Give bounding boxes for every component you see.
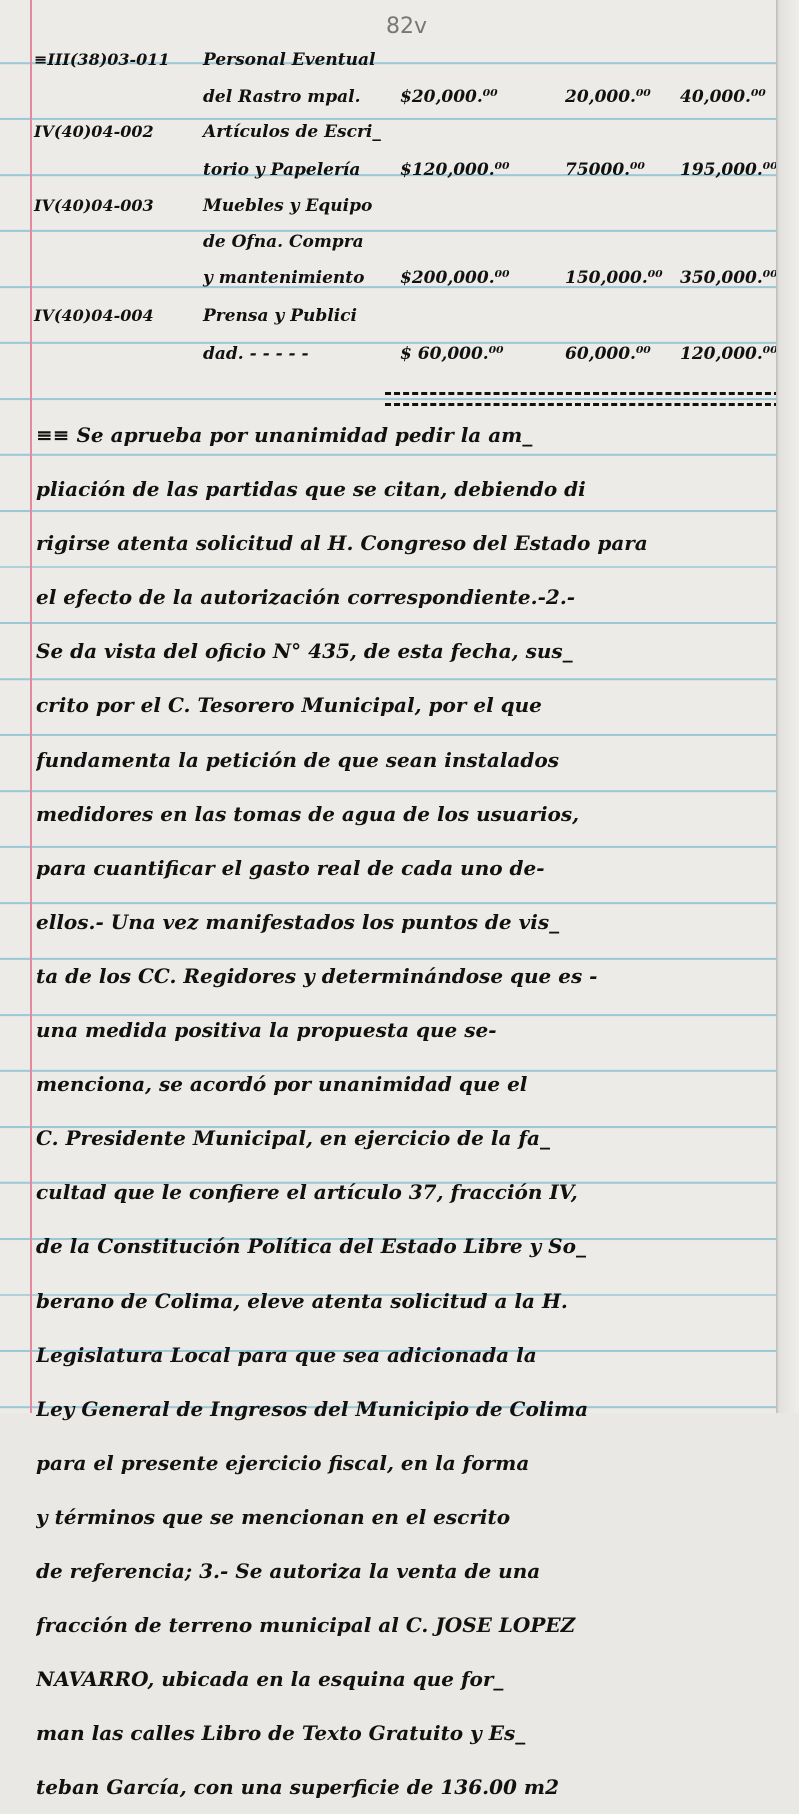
- text-line: cultad que le confiere el artículo 37, f…: [36, 1165, 776, 1219]
- budget-code: IV(40)04-002: [34, 122, 154, 141]
- text-line: fundamenta la petición de que sean insta…: [36, 733, 776, 787]
- budget-desc-line: y mantenimiento: [203, 268, 364, 288]
- budget-amount-1: $120,000.⁰⁰: [400, 160, 510, 180]
- text-line: crito por el C. Tesorero Municipal, por …: [36, 678, 776, 732]
- budget-code: IV(40)04-004: [34, 306, 154, 325]
- budget-amount-3: 120,000.⁰⁰: [680, 344, 778, 364]
- budget-desc-line: del Rastro mpal.: [203, 87, 361, 107]
- text-line: para cuantificar el gasto real de cada u…: [36, 841, 776, 895]
- budget-desc-line: de Ofna. Compra: [203, 232, 364, 252]
- next-page-edge: [776, 0, 799, 1413]
- budget-amount-1: $200,000.⁰⁰: [400, 268, 510, 288]
- notebook-page: 82v ≡III(38)03-011 Personal Eventual del…: [0, 0, 776, 1413]
- text-line: berano de Colima, eleve atenta solicitud…: [36, 1274, 776, 1328]
- text-line: C. Presidente Municipal, en ejercicio de…: [36, 1111, 776, 1165]
- budget-entry: ≡III(38)03-011 Personal Eventual del Ras…: [0, 50, 776, 120]
- budget-amount-2: 150,000.⁰⁰: [565, 268, 663, 288]
- text-line: ≡≡ Se aprueba por unanimidad pedir la am…: [36, 408, 776, 462]
- budget-desc-line: torio y Papelería: [203, 160, 360, 180]
- budget-amount-2: 75000.⁰⁰: [565, 160, 645, 180]
- budget-amount-2: 60,000.⁰⁰: [565, 344, 651, 364]
- budget-desc-line: Personal Eventual: [203, 50, 375, 70]
- budget-amount-3: 350,000.⁰⁰: [680, 268, 778, 288]
- budget-entry: IV(40)04-004 Prensa y Publici dad. - - -…: [0, 306, 776, 376]
- minutes-body: ≡≡ Se aprueba por unanimidad pedir la am…: [36, 408, 776, 1413]
- budget-desc-line: Muebles y Equipo: [203, 196, 372, 216]
- budget-desc-line: Artículos de Escri_: [203, 122, 381, 142]
- text-line: Ley General de Ingresos del Municipio de…: [36, 1382, 776, 1413]
- text-line: medidores en las tomas de agua de los us…: [36, 787, 776, 841]
- text-line: el efecto de la autorización correspondi…: [36, 570, 776, 624]
- text-line: Se da vista del oficio N° 435, de esta f…: [36, 624, 776, 678]
- budget-entry: IV(40)04-002 Artículos de Escri_ torio y…: [0, 122, 776, 192]
- page-number: 82v: [386, 14, 427, 39]
- budget-code: ≡III(38)03-011: [34, 50, 170, 69]
- text-line: menciona, se acordó por unanimidad que e…: [36, 1057, 776, 1111]
- budget-amount-1: $ 60,000.⁰⁰: [400, 344, 504, 364]
- text-line: Legislatura Local para que sea adicionad…: [36, 1328, 776, 1382]
- budget-entry: IV(40)04-003 Muebles y Equipo de Ofna. C…: [0, 196, 776, 296]
- budget-desc-line: Prensa y Publici: [203, 306, 357, 326]
- budget-code: IV(40)04-003: [34, 196, 154, 215]
- text-line: rigirse atenta solicitud al H. Congreso …: [36, 516, 776, 570]
- separator-rule: [385, 392, 780, 406]
- text-line: ellos.- Una vez manifestados los puntos …: [36, 895, 776, 949]
- budget-amount-3: 195,000.⁰⁰: [680, 160, 778, 180]
- text-line: pliación de las partidas que se citan, d…: [36, 462, 776, 516]
- budget-desc-line: dad. - - - - -: [203, 344, 309, 364]
- text-line: ta de los CC. Regidores y determinándose…: [36, 949, 776, 1003]
- text-line: de la Constitución Política del Estado L…: [36, 1219, 776, 1273]
- text-line: una medida positiva la propuesta que se-: [36, 1003, 776, 1057]
- budget-amount-1: $20,000.⁰⁰: [400, 87, 498, 107]
- budget-amount-2: 20,000.⁰⁰: [565, 87, 651, 107]
- budget-amount-3: 40,000.⁰⁰: [680, 87, 766, 107]
